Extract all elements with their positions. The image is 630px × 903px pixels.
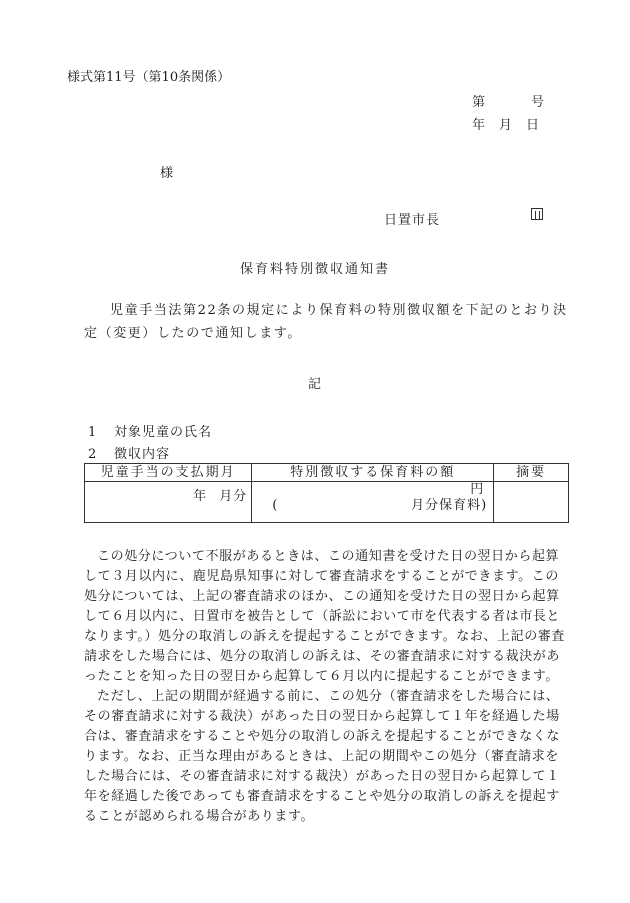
period-year: 年 xyxy=(193,489,207,504)
payment-period-cell: 年月分 xyxy=(85,482,252,523)
appeal-notice: この処分について不服があるときは、この通知書を受けた日の翌日から起算して３月以内… xyxy=(84,547,570,827)
document-title: 保育料特別徴収通知書 xyxy=(240,258,390,277)
ki-heading: 記 xyxy=(308,373,321,392)
table-row: 年月分 円 ( 月分保育料) xyxy=(85,482,569,523)
number-prefix: 第 xyxy=(472,95,485,110)
amount-note: ( 月分保育料) xyxy=(256,498,489,514)
header-remarks: 摘要 xyxy=(494,464,569,482)
date-year: 年 xyxy=(472,118,485,133)
item-label: 対象児童の氏名 xyxy=(114,425,212,440)
note-open-paren: ( xyxy=(272,498,278,514)
amount-unit: 円 xyxy=(256,482,489,498)
recipient-suffix: 様 xyxy=(160,162,173,181)
header-fee-amount: 特別徴収する保育料の額 xyxy=(252,464,494,482)
notice-paragraph: この処分について不服があるときは、この通知書を受けた日の翌日から起算して３月以内… xyxy=(84,547,570,687)
note-month-fee: 月分保育料) xyxy=(411,498,487,514)
issuer-name: 日置市長 xyxy=(384,209,440,228)
seal-icon xyxy=(531,208,543,220)
item-collection-details: 2徴収内容 xyxy=(88,443,170,462)
table-header-row: 児童手当の支払期月 特別徴収する保育料の額 摘要 xyxy=(85,464,569,482)
header-payment-period: 児童手当の支払期月 xyxy=(85,464,252,482)
item-label: 徴収内容 xyxy=(114,447,170,462)
item-number: 1 xyxy=(88,425,114,440)
collection-table: 児童手当の支払期月 特別徴収する保育料の額 摘要 年月分 円 ( 月分保育料) xyxy=(84,463,569,523)
intro-paragraph: 児童手当法第22条の規定により保育料の特別徴収額を下記のとおり決定（変更）したの… xyxy=(84,299,574,345)
notice-paragraph: ただし、上記の期間が経過する前に、この処分（審査請求をした場合には、その審査請求… xyxy=(84,687,570,827)
period-month: 月分 xyxy=(219,489,247,504)
form-number: 様式第11号（第10条関係） xyxy=(67,66,230,85)
fee-amount-cell: 円 ( 月分保育料) xyxy=(252,482,494,523)
date-day: 日 xyxy=(526,118,539,133)
item-number: 2 xyxy=(88,447,114,462)
document-date-line: 年月日 xyxy=(472,114,539,133)
remarks-cell xyxy=(494,482,569,523)
item-target-child-name: 1対象児童の氏名 xyxy=(88,421,212,440)
number-suffix: 号 xyxy=(531,95,544,110)
date-month: 月 xyxy=(499,118,512,133)
document-number-line: 第号 xyxy=(472,91,544,110)
